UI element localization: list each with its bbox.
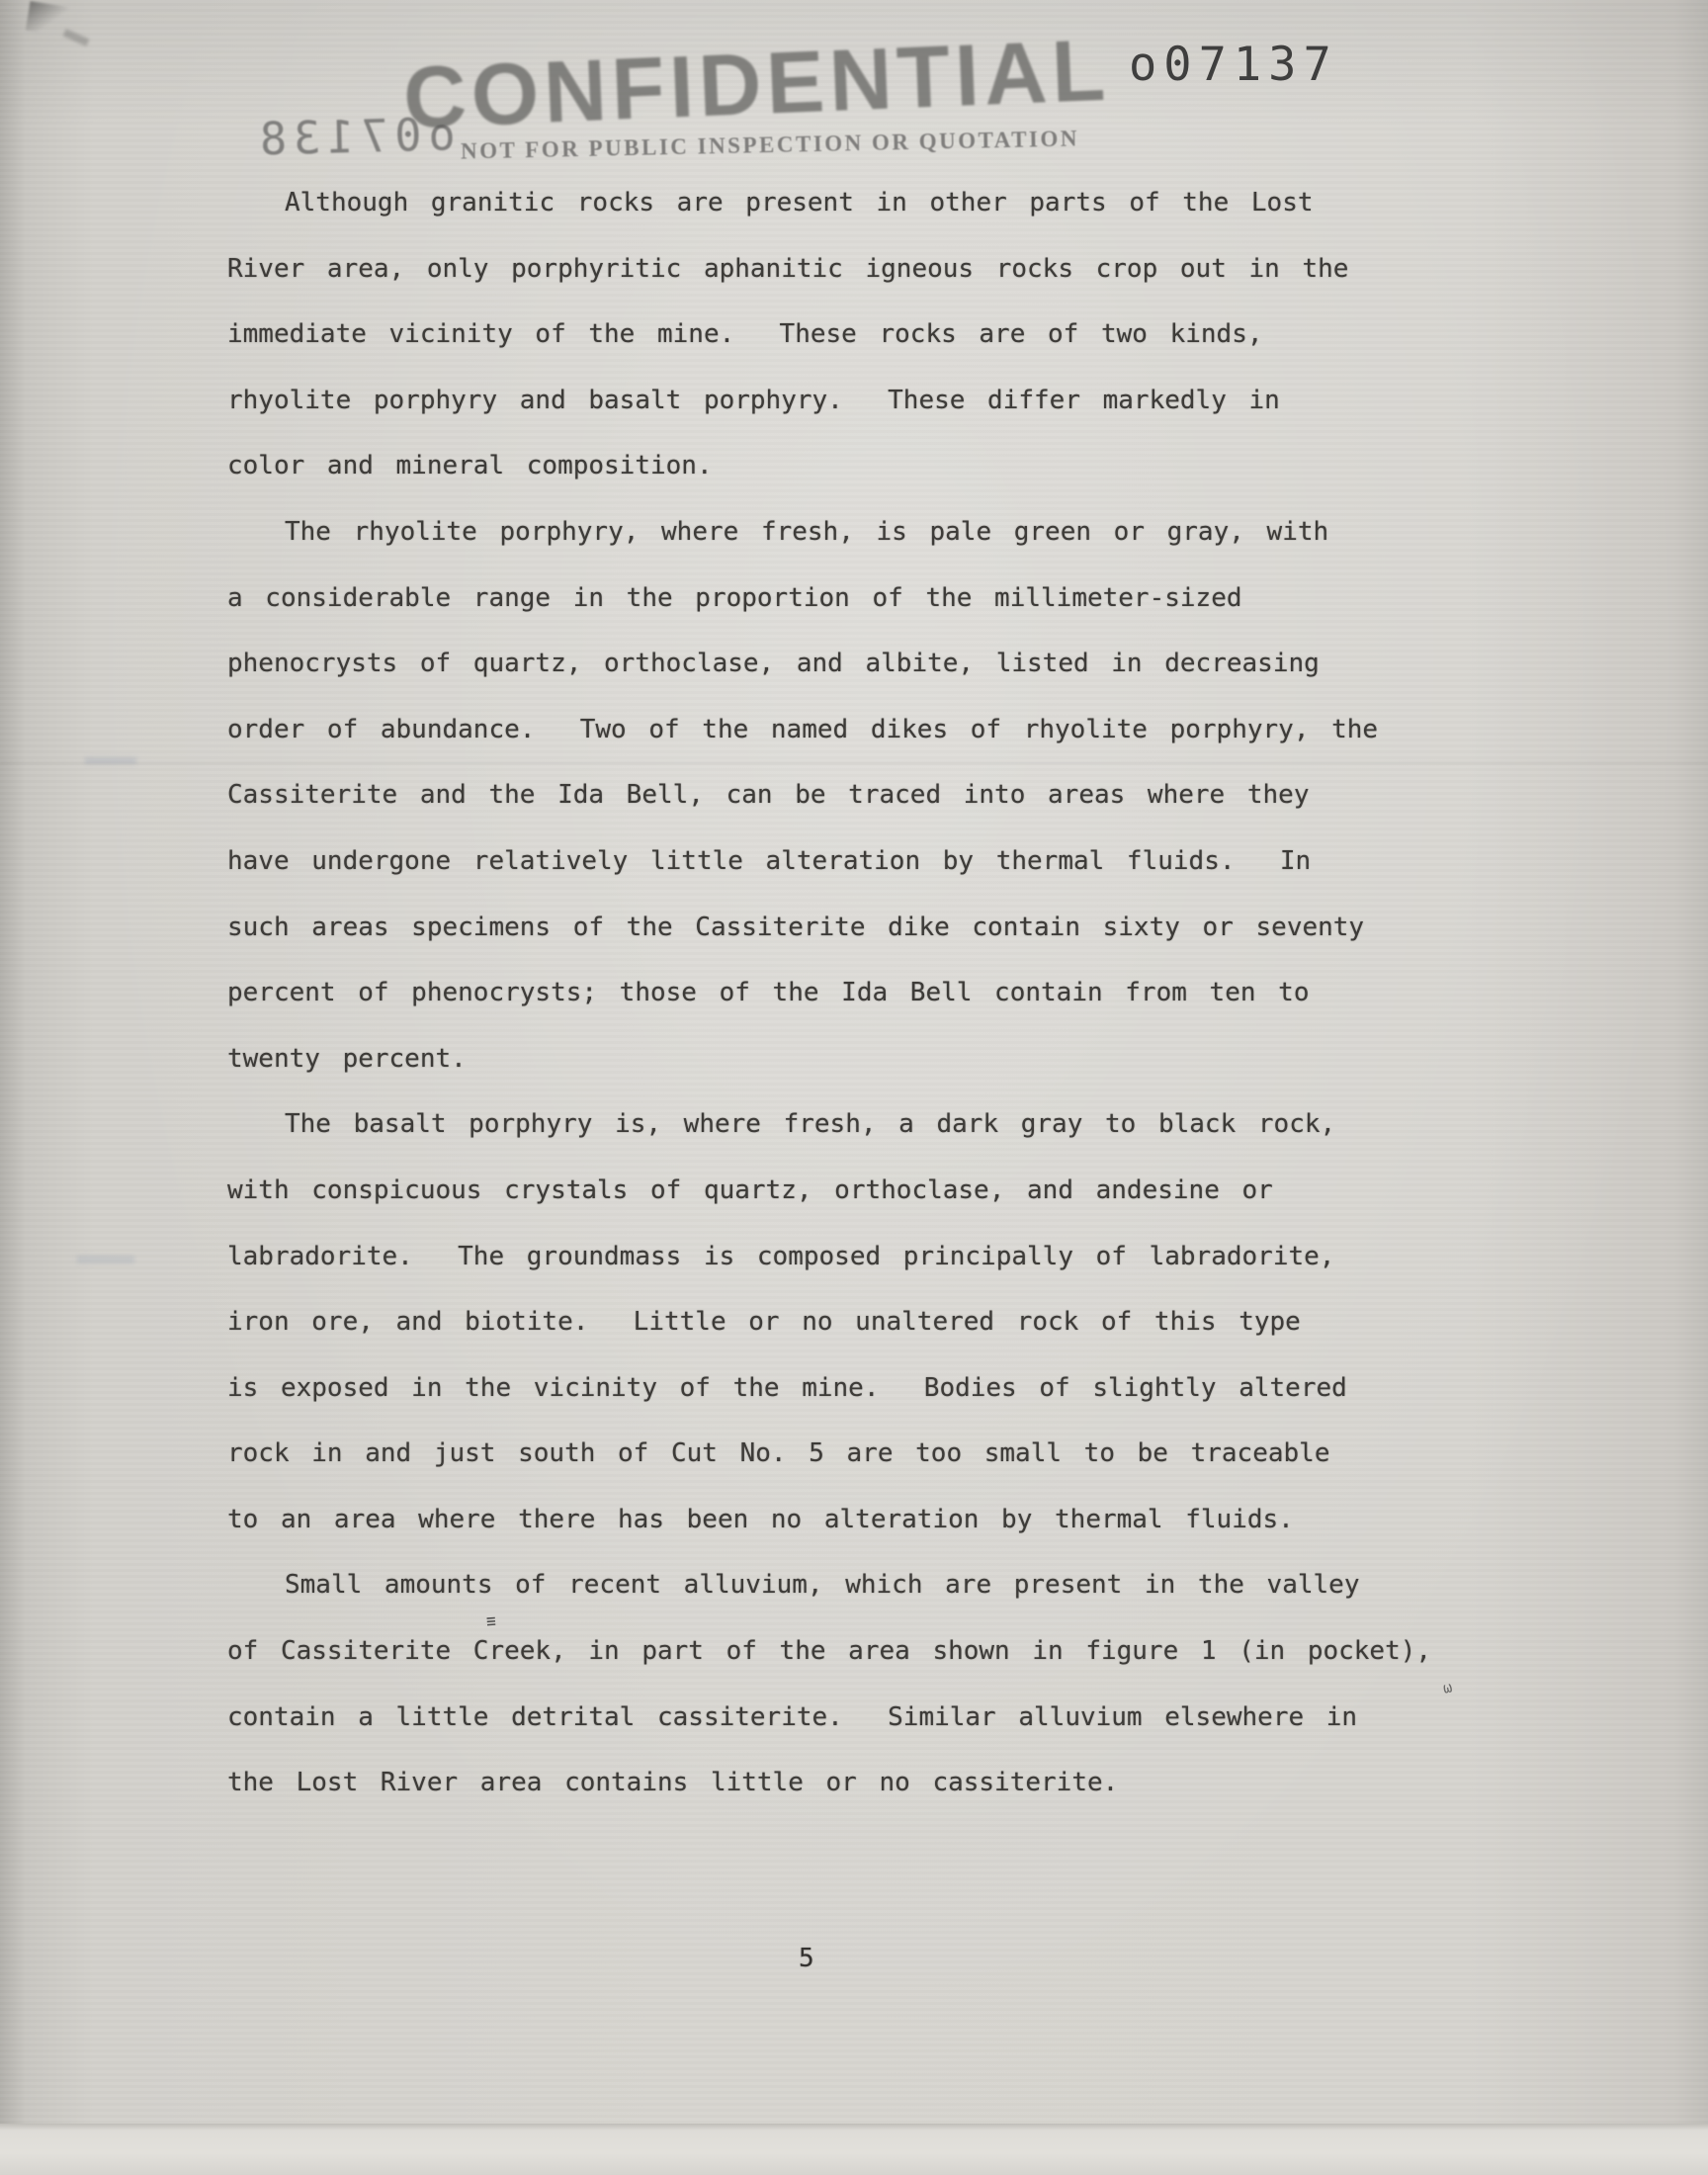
typed-line: is exposed in the vicinity of the mine. …: [227, 1355, 1572, 1422]
typed-body: Although granitic rocks are present in o…: [227, 170, 1572, 1816]
serial-number-stamp: o07137: [1129, 38, 1338, 92]
typed-line: rhyolite porphyry and basalt porphyry. T…: [227, 368, 1572, 434]
typed-line: to an area where there has been no alter…: [227, 1487, 1572, 1553]
typed-line: twenty percent.: [227, 1026, 1572, 1092]
typed-line: The rhyolite porphyry, where fresh, is p…: [227, 499, 1572, 565]
typed-line: phenocrysts of quartz, orthoclase, and a…: [227, 631, 1572, 697]
scan-corner-artifact: [26, 1, 69, 37]
typed-line: rock in and just south of Cut No. 5 are …: [227, 1421, 1572, 1487]
typed-line: the Lost River area contains little or n…: [227, 1750, 1572, 1816]
typed-line: immediate vicinity of the mine. These ro…: [227, 302, 1572, 368]
faint-pencil-mark: [85, 757, 136, 764]
scan-corner-artifact: [62, 29, 89, 46]
typed-line: percent of phenocrysts; those of the Ida…: [227, 960, 1572, 1026]
typed-line: a considerable range in the proportion o…: [227, 565, 1572, 632]
faint-pencil-mark: [77, 1256, 134, 1263]
paragraph-2: The rhyolite porphyry, where fresh, is p…: [227, 499, 1572, 1091]
typed-line: of Cassiterite Creek, in part of the are…: [227, 1618, 1572, 1685]
typed-line: have undergone relatively little alterat…: [227, 828, 1572, 895]
typed-line: with conspicuous crystals of quartz, ort…: [227, 1158, 1572, 1224]
typed-line: The basalt porphyry is, where fresh, a d…: [227, 1091, 1572, 1158]
typed-line: contain a little detrital cassiterite. S…: [227, 1685, 1572, 1751]
typed-line: River area, only porphyritic aphanitic i…: [227, 236, 1572, 303]
paragraph-4: Small amounts of recent alluvium, which …: [227, 1552, 1572, 1815]
scan-edge-bottom: [0, 2124, 1708, 2175]
typed-line: iron ore, and biotite. Little or no unal…: [227, 1289, 1572, 1355]
page-number: 5: [799, 1944, 814, 1973]
typed-line: such areas specimens of the Cassiterite …: [227, 895, 1572, 961]
typed-line: color and mineral composition.: [227, 433, 1572, 499]
typed-line: Although granitic rocks are present in o…: [227, 170, 1572, 236]
serial-number-bleedthrough-mirrored: o07138: [252, 108, 456, 165]
paragraph-1: Although granitic rocks are present in o…: [227, 170, 1572, 499]
typed-line: Cassiterite and the Ida Bell, can be tra…: [227, 762, 1572, 828]
typed-line: labradorite. The groundmass is composed …: [227, 1224, 1572, 1290]
scanned-document-page: CONFIDENTIAL NOT FOR PUBLIC INSPECTION O…: [0, 0, 1708, 2175]
editorial-mark: ≡: [485, 1609, 496, 1631]
typed-line: order of abundance. Two of the named dik…: [227, 697, 1572, 763]
paragraph-3: The basalt porphyry is, where fresh, a d…: [227, 1091, 1572, 1552]
typed-line: Small amounts of recent alluvium, which …: [227, 1552, 1572, 1618]
